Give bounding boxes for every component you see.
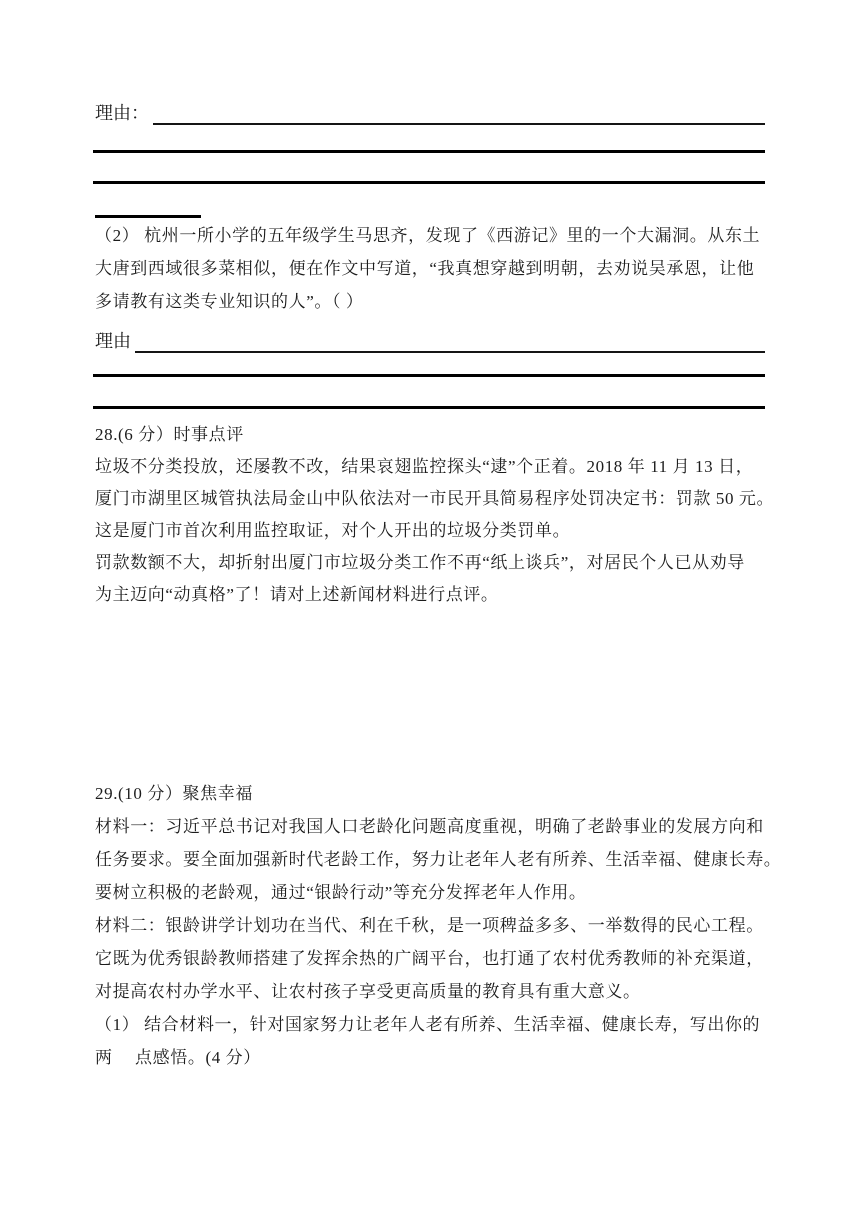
paragraph-line: 它既为优秀银龄教师搭建了发挥余热的广阔平台，也打通了农村优秀教师的补充渠道，: [95, 942, 771, 975]
question-28-section: 28.(6 分）时事点评 垃圾不分类投放，还屡教不改，结果哀翅监控探头“逮”个正…: [95, 419, 771, 611]
paragraph-line: 材料一：习近平总书记对我国人口老龄化问题高度重视，明确了老龄事业的发展方向和: [95, 810, 771, 843]
paragraph-line: 厦门市湖里区城管执法局金山中队依法对一市民开具简易程序处罚决定书：罚款 50 元…: [95, 483, 771, 515]
paragraph-line: 大唐到西域很多菜相似，便在作文中写道，“我真想穿越到明朝，去劝说吴承恩，让他: [95, 252, 771, 285]
answer-rule-line-short: [95, 215, 201, 218]
answer-blank-underline: [135, 331, 765, 353]
paragraph-line: 要树立积极的老龄观，通过“银龄行动”等充分发挥老年人作用。: [95, 876, 771, 909]
question-27-2-paragraph: （2） 杭州一所小学的五年级学生马思齐，发现了《西游记》里的一个大漏洞。从东土大…: [95, 219, 771, 318]
question-28-paragraph: 垃圾不分类投放，还屡教不改，结果哀翅监控探头“逮”个正着。2018 年 11 月…: [95, 451, 771, 611]
paragraph-line: （1） 结合材料一，针对国家努力让老年人老有所养、生活幸福、健康长寿，写出你的: [95, 1008, 771, 1041]
answer-blank-underline: [153, 103, 765, 125]
paragraph-line: 为主迈向“动真格”了！请对上述新闻材料进行点评。: [95, 579, 771, 611]
reason-label: 理由：: [95, 99, 149, 125]
paragraph-line: 材料二：银龄讲学计划功在当代、利在千秋，是一项稗益多多、一举数得的民心工程。: [95, 909, 771, 942]
question-29-section: 29.(10 分）聚焦幸福 材料一：习近平总书记对我国人口老龄化问题高度重视，明…: [95, 777, 771, 1074]
document-page: 理由： （2） 杭州一所小学的五年级学生马思齐，发现了《西游记》里的一个大漏洞。…: [0, 0, 860, 1215]
paragraph-line: 两 点感悟。(4 分）: [95, 1041, 771, 1074]
answer-rule-line: [93, 150, 765, 153]
paragraph-line: （2） 杭州一所小学的五年级学生马思齐，发现了《西游记》里的一个大漏洞。从东土: [95, 219, 771, 252]
answer-rule-line: [93, 374, 765, 377]
paragraph-line: 任务要求。要全面加强新时代老龄工作，努力让老年人老有所养、生活幸福、健康长寿。: [95, 843, 771, 876]
reason-field-2: 理由: [95, 327, 765, 353]
paragraph-line: 垃圾不分类投放，还屡教不改，结果哀翅监控探头“逮”个正着。2018 年 11 月…: [95, 451, 771, 483]
answer-rule-line: [93, 406, 765, 409]
paragraph-line: 对提高农村办学水平、让农村孩子享受更高质量的教育具有重大意义。: [95, 975, 771, 1008]
paragraph-line: 罚款数额不大，却折射出厦门市垃圾分类工作不再“纸上谈兵”，对居民个人已从劝导: [95, 547, 771, 579]
question-28-heading: 28.(6 分）时事点评: [95, 419, 771, 451]
question-29-paragraph: 材料一：习近平总书记对我国人口老龄化问题高度重视，明确了老龄事业的发展方向和任务…: [95, 810, 771, 1074]
question-29-heading: 29.(10 分）聚焦幸福: [95, 777, 771, 810]
answer-rule-line: [93, 181, 765, 184]
reason-label: 理由: [95, 327, 131, 353]
reason-field-top: 理由：: [95, 99, 765, 125]
paragraph-line: 多请教有这类专业知识的人”。（ ）: [95, 285, 771, 318]
paragraph-line: 这是厦门市首次利用监控取证，对个人开出的垃圾分类罚单。: [95, 515, 771, 547]
